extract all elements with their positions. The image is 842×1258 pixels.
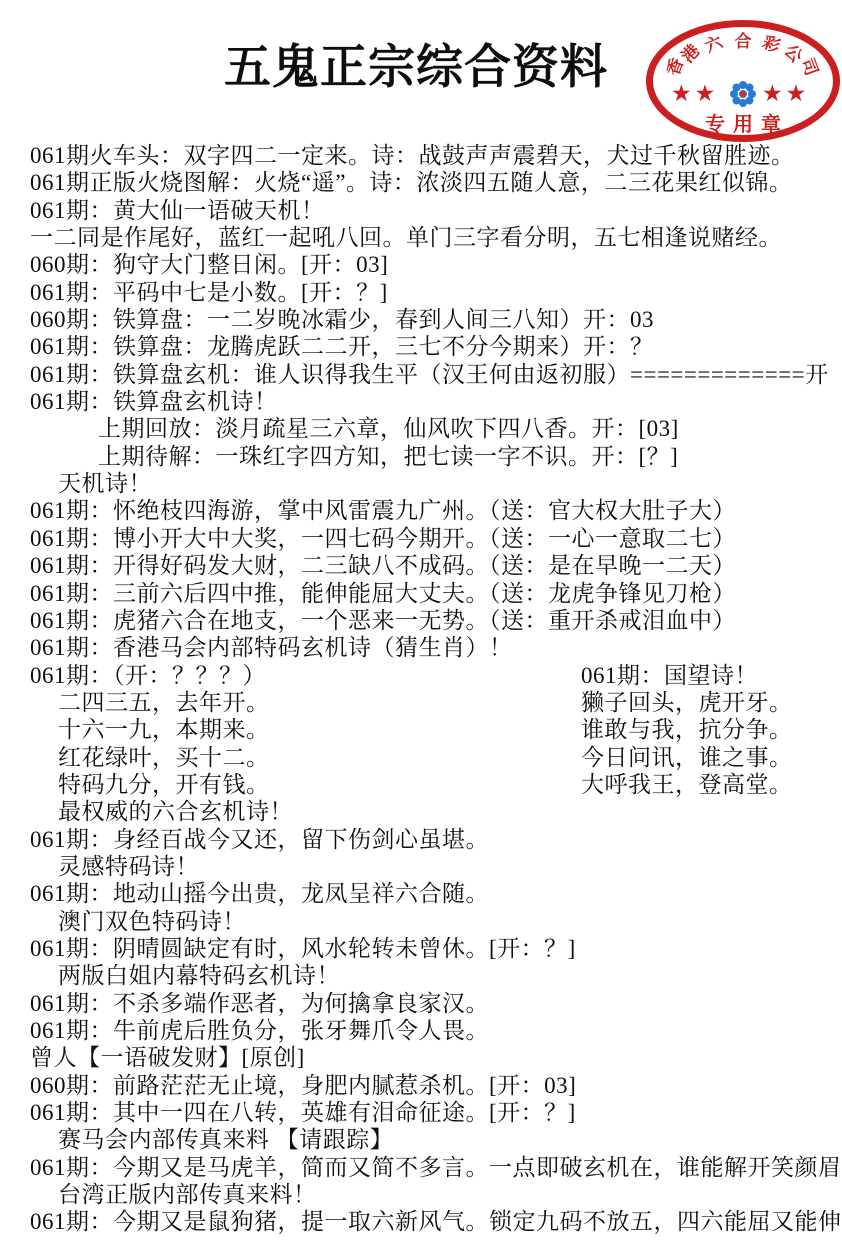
two-column-row: 二四三五，去年开。 獭子回头，虎开牙。	[30, 689, 842, 716]
two-column-row: 061期：（开：？？？） 061期：国望诗！	[30, 662, 842, 689]
text-line: 061期：开得好码发大财，二三缺八不成码。（送：是在早晚一二天）	[30, 552, 842, 579]
text-line-left: 十六一九，本期来。	[30, 717, 270, 742]
text-line-right: 061期：国望诗！	[581, 662, 758, 689]
text-line: 061期：地动山摇今出贵，龙凤呈祥六合随。	[30, 880, 842, 907]
text-line: 061期：虎猪六合在地支，一个恶来一无势。（送：重开杀戒泪血中）	[30, 607, 842, 634]
text-line: 061期火车头：双字四二一定来。诗：战鼓声声震碧天，犬过千秋留胜迹。	[30, 142, 842, 169]
text-line: 澳门双色特码诗！	[30, 908, 842, 935]
text-line: 061期：香港马会内部特码玄机诗（猜生肖）！	[30, 634, 842, 661]
text-line: 061期：其中一四在八转，英雄有泪命征途。[开：？]	[30, 1099, 842, 1126]
flower-center-dot	[740, 91, 746, 97]
text-line-left: 061期：（开：？？？）	[30, 663, 266, 688]
text-line: 061期：阴晴圆缺定有时，风水轮转未曾休。[开：？]	[30, 935, 842, 962]
official-stamp: 香 港 六 合 彩 公 司 ★★ ★★ 专用章	[646, 20, 840, 142]
text-body: 061期火车头：双字四二一定来。诗：战鼓声声震碧天，犬过千秋留胜迹。 061期正…	[30, 142, 842, 1236]
text-line: 最权威的六合玄机诗！	[30, 798, 842, 825]
page-title: 五鬼正宗综合资料	[224, 30, 608, 97]
text-line-right: 獭子回头，虎开牙。	[581, 689, 793, 716]
stamp-arc-char: 合	[733, 32, 753, 52]
text-line: 061期：今期又是鼠狗猪，提一取六新风气。锁定九码不放五，四六能屈又能伸。	[30, 1208, 842, 1235]
text-line: 061期：牛前虎后胜负分，张牙舞爪令人畏。	[30, 1017, 842, 1044]
text-line-left: 红花绿叶，买十二。	[30, 745, 270, 770]
text-line: 061期正版火烧图解：火烧“遥”。诗：浓淡四五随人意，二三花果红似锦。	[30, 169, 842, 196]
text-line: 061期：三前六后四中推，能伸能屈大丈夫。（送：龙虎争锋见刀枪）	[30, 580, 842, 607]
text-line: 061期：身经百战今又还，留下伤剑心虽堪。	[30, 826, 842, 853]
text-line: 台湾正版内部传真来料！	[30, 1181, 842, 1208]
text-line-right: 大呼我王，登高堂。	[581, 771, 793, 798]
text-line-left: 特码九分，开有钱。	[30, 772, 270, 797]
text-line: 两版白姐内幕特码玄机诗！	[30, 962, 842, 989]
text-line: 一二同是作尾好，蓝红一起吼八回。单门三字看分明，五七相逢说赌经。	[30, 224, 842, 251]
page: 五鬼正宗综合资料 香 港 六 合 彩 公 司 ★★ ★★ 专用章 061期火车头…	[0, 0, 842, 1258]
text-line: 061期：铁算盘玄机诗！	[30, 388, 842, 415]
text-line: 061期：博小开大中大奖，一四七码今期开。（送：一心一意取二七）	[30, 525, 842, 552]
text-line: 上期待解：一珠红字四方知，把七读一字不识。开：[？]	[30, 443, 842, 470]
text-line: 061期：铁算盘：龙腾虎跃二二开，三七不分今期来）开：？	[30, 333, 842, 360]
two-column-row: 十六一九，本期来。 谁敢与我，抗分争。	[30, 716, 842, 743]
text-line: 061期：黄大仙一语破天机！	[30, 197, 842, 224]
text-line: 曾人【一语破发财】[原创]	[30, 1044, 842, 1071]
two-column-row: 特码九分，开有钱。 大呼我王，登高堂。	[30, 771, 842, 798]
text-line: 赛马会内部传真来料 【请跟踪】	[30, 1126, 842, 1153]
stamp-stars-right: ★★	[762, 81, 809, 107]
text-line: 060期：狗守大门整日闲。[开：03]	[30, 251, 842, 278]
two-column-row: 红花绿叶，买十二。 今日问讯，谁之事。	[30, 744, 842, 771]
text-line: 061期：怀绝枝四海游，掌中风雷震九广州。（送：官大权大肚子大）	[30, 497, 842, 524]
text-line: 060期：前路茫茫无止境，身肥内腻惹杀机。[开：03]	[30, 1072, 842, 1099]
stamp-bottom-label: 专用章	[646, 108, 840, 137]
text-line: 灵感特码诗！	[30, 853, 842, 880]
stamp-stars-left: ★★	[671, 81, 718, 107]
text-line-right: 今日问讯，谁之事。	[581, 744, 793, 771]
text-line: 天机诗！	[30, 470, 842, 497]
text-line: 061期：今期又是马虎羊，简而又简不多言。一点即破玄机在，谁能解开笑颜眉。	[30, 1154, 842, 1181]
text-line: 061期：铁算盘玄机：谁人识得我生平（汉王何由返初服）=============…	[30, 361, 842, 388]
text-line-right: 谁敢与我，抗分争。	[581, 716, 793, 743]
text-line: 上期回放：淡月疏星三六章，仙风吹下四八香。开：[03]	[30, 415, 842, 442]
text-line: 061期：不杀多端作恶者，为何擒拿良家汉。	[30, 990, 842, 1017]
text-line: 060期：铁算盘：一二岁晚冰霜少，春到人间三八知）开：03	[30, 306, 842, 333]
text-line: 061期：平码中七是小数。[开：？]	[30, 279, 842, 306]
bauhinia-flower-icon	[739, 90, 747, 98]
text-line-left: 二四三五，去年开。	[30, 690, 270, 715]
